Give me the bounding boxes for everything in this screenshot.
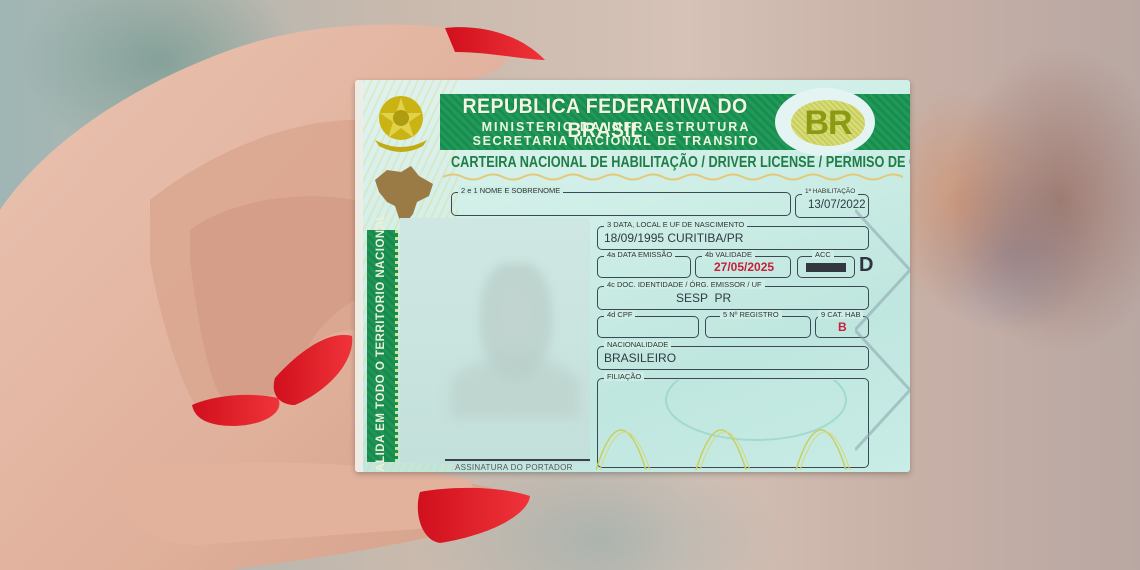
id-doc-value: SESP PR xyxy=(676,291,731,305)
validity-band-text-wrap: VALIDA EM TODO O TERRITORIO NACIONAL xyxy=(367,230,395,462)
birth-field: 3 DATA, LOCAL E UF DE NASCIMENTO 18/09/1… xyxy=(597,226,869,250)
nationality-label: NACIONALIDADE xyxy=(604,340,671,349)
validity-field: 4b VALIDADE 27/05/2025 xyxy=(695,256,791,278)
card-edge xyxy=(355,80,363,472)
header-secretariat: SECRETARIA NACIONAL DE TRANSITO xyxy=(461,134,771,148)
validity-value: 27/05/2025 xyxy=(714,260,774,274)
signature-line xyxy=(445,459,590,461)
id-doc-label: 4c DOC. IDENTIDADE / ÓRG. EMISSOR / UF xyxy=(604,280,765,289)
first-license-label: 1ª HABILITAÇÃO xyxy=(802,188,858,195)
registration-label: 5 Nº REGISTRO xyxy=(720,310,782,319)
signature-label: ASSINATURA DO PORTADOR xyxy=(455,463,573,472)
holder-shoulders xyxy=(450,358,580,418)
registration-field: 5 Nº REGISTRO xyxy=(705,316,811,338)
category-value: B xyxy=(838,320,847,334)
name-field: 2 e 1 NOME E SOBRENOME xyxy=(451,192,791,216)
name-label: 2 e 1 NOME E SOBRENOME xyxy=(458,186,563,195)
driver-license-card: BR REPUBLICA FEDERATIVA DO BRASIL MINIST… xyxy=(355,80,910,472)
acc-field: ACC xyxy=(797,256,855,278)
issue-date-field: 4a DATA EMISSÃO xyxy=(597,256,691,278)
birth-value: 18/09/1995 CURITIBA/PR xyxy=(604,231,743,245)
country-code-badge: BR xyxy=(791,100,865,146)
guilloche-wave xyxy=(443,172,903,182)
cpf-field: 4d CPF xyxy=(597,316,699,338)
acc-label: ACC xyxy=(812,250,834,259)
nationality-field: NACIONALIDADE BRASILEIRO xyxy=(597,346,869,370)
issue-date-label: 4a DATA EMISSÃO xyxy=(604,250,675,259)
validity-band-text: VALIDA EM TODO O TERRITORIO NACIONAL xyxy=(375,213,387,472)
validity-label: 4b VALIDADE xyxy=(702,250,755,259)
holder-photo xyxy=(400,218,590,463)
document-title: CARTEIRA NACIONAL DE HABILITAÇÃO / DRIVE… xyxy=(451,154,812,172)
coat-of-arms-icon xyxy=(367,88,435,156)
acc-redacted-bar xyxy=(806,263,846,272)
nationality-value: BRASILEIRO xyxy=(604,351,676,365)
birth-label: 3 DATA, LOCAL E UF DE NASCIMENTO xyxy=(604,220,747,229)
header-ministry: MINISTERIO DA INFRAESTRUTURA xyxy=(461,120,771,134)
thumb-nail xyxy=(418,488,530,543)
id-doc-field: 4c DOC. IDENTIDADE / ÓRG. EMISSOR / UF S… xyxy=(597,286,869,310)
cpf-label: 4d CPF xyxy=(604,310,635,319)
security-lines xyxy=(855,190,910,470)
